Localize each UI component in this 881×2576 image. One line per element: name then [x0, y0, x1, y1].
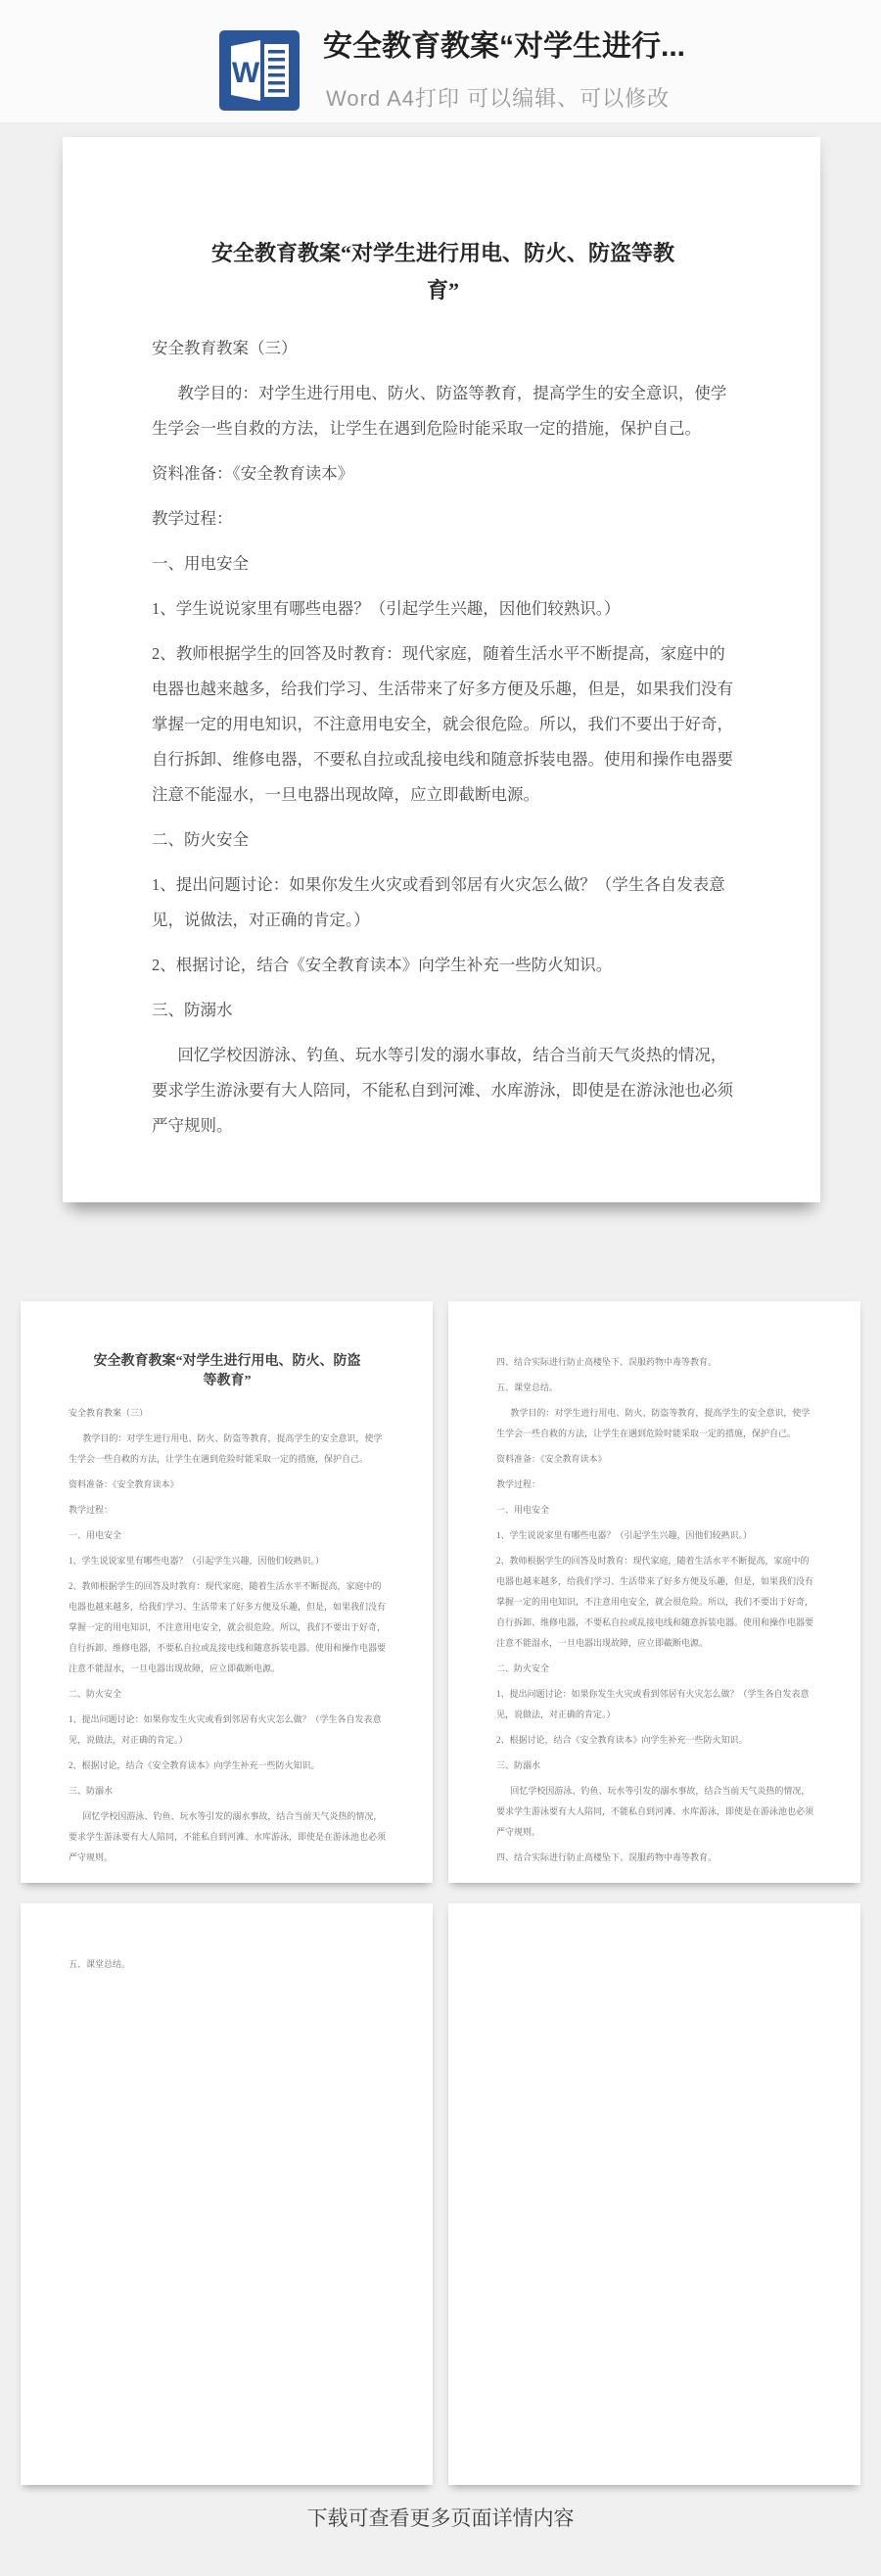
word-icon-letter: W — [232, 57, 260, 89]
doc-paragraph: 回忆学校因游泳、钓鱼、玩水等引发的溺水事故，结合当前天气炎热的情况，要求学生游泳… — [496, 1781, 813, 1843]
thumbnail-page-4[interactable] — [448, 1903, 860, 2485]
doc-paragraph: 教学过程： — [69, 1500, 386, 1521]
doc-paragraph: 资料准备：《安全教育读本》 — [69, 1475, 386, 1495]
doc-paragraph: 1、学生说说家里有哪些电器？（引起学生兴趣，因他们较熟识。） — [152, 591, 734, 627]
doc-paragraph: 四、结合实际进行防止高楼坠下、误服药物中毒等教育。 — [496, 1848, 813, 1868]
header: W 安全教育教案“对学生进行... Word A4打印 可以编辑、可以修改 — [0, 0, 881, 123]
doc-paragraph: 2、教师根据学生的回答及时教育：现代家庭，随着生活水平不断提高，家庭中的电器也越… — [69, 1576, 386, 1679]
doc-paragraph: 教学目的：对学生进行用电、防火、防盗等教育，提高学生的安全意识，使学生学会一些自… — [496, 1403, 813, 1444]
word-file-icon: W — [218, 29, 301, 112]
thumbnail-grid: 安全教育教案“对学生进行用电、防火、防盗等教育”安全教育教案（三）教学目的：对学… — [21, 1301, 860, 2485]
document-format-info: Word A4打印 可以编辑、可以修改 — [326, 82, 670, 113]
doc-paragraph: 五、课堂总结。 — [496, 1378, 813, 1398]
doc-paragraph: 回忆学校因游泳、钓鱼、玩水等引发的溺水事故，结合当前天气炎热的情况，要求学生游泳… — [152, 1038, 734, 1144]
doc-paragraph: 2、教师根据学生的回答及时教育：现代家庭，随着生活水平不断提高，家庭中的电器也越… — [152, 636, 734, 813]
thumbnail-page-1[interactable]: 安全教育教案“对学生进行用电、防火、防盗等教育”安全教育教案（三）教学目的：对学… — [21, 1301, 433, 1883]
doc-paragraph: 一、用电安全 — [496, 1500, 813, 1521]
doc-paragraph: 安全教育教案（三） — [152, 331, 734, 366]
doc-paragraph: 资料准备：《安全教育读本》 — [496, 1449, 813, 1470]
doc-page-title: 安全教育教案“对学生进行用电、防火、防盗等教育” — [90, 1352, 364, 1391]
doc-paragraph: 二、防火安全 — [69, 1684, 386, 1705]
doc-paragraph: 回忆学校因游泳、钓鱼、玩水等引发的溺水事故，结合当前天气炎热的情况，要求学生游泳… — [69, 1806, 386, 1868]
doc-paragraph: 教学过程： — [496, 1475, 813, 1495]
doc-paragraph: 资料准备：《安全教育读本》 — [152, 456, 734, 492]
doc-paragraph: 教学目的：对学生进行用电、防火、防盗等教育，提高学生的安全意识，使学生学会一些自… — [152, 376, 734, 446]
doc-paragraph: 一、用电安全 — [152, 546, 734, 582]
doc-paragraph: 三、防溺水 — [152, 993, 734, 1028]
thumbnail-page-3[interactable]: 五、课堂总结。 — [21, 1903, 433, 2485]
doc-paragraph: 教学目的：对学生进行用电、防火、防盗等教育，提高学生的安全意识，使学生学会一些自… — [69, 1429, 386, 1470]
doc-paragraph: 2、教师根据学生的回答及时教育：现代家庭，随着生活水平不断提高，家庭中的电器也越… — [496, 1551, 813, 1654]
doc-paragraph: 二、防火安全 — [496, 1659, 813, 1679]
doc-paragraph: 1、提出问题讨论：如果你发生火灾或看到邻居有火灾怎么做？（学生各自发表意见，说做… — [69, 1710, 386, 1751]
doc-paragraph: 1、提出问题讨论：如果你发生火灾或看到邻居有火灾怎么做？（学生各自发表意见，说做… — [496, 1684, 813, 1725]
doc-paragraph: 2、根据讨论，结合《安全教育读本》向学生补充一些防火知识。 — [152, 948, 734, 983]
doc-paragraph: 安全教育教案（三） — [69, 1403, 386, 1424]
doc-paragraph: 2、根据讨论，结合《安全教育读本》向学生补充一些防火知识。 — [496, 1730, 813, 1751]
thumbnail-page-2[interactable]: 四、结合实际进行防止高楼坠下、误服药物中毒等教育。五、课堂总结。教学目的：对学生… — [448, 1301, 860, 1883]
doc-paragraph: 三、防溺水 — [496, 1756, 813, 1776]
doc-paragraph: 一、用电安全 — [69, 1525, 386, 1546]
doc-paragraph: 二、防火安全 — [152, 822, 734, 858]
doc-paragraph: 三、防溺水 — [69, 1781, 386, 1802]
doc-page-title: 安全教育教案“对学生进行用电、防火、防盗等教育” — [199, 235, 688, 309]
document-preview-page-1[interactable]: 安全教育教案“对学生进行用电、防火、防盗等教育”安全教育教案（三）教学目的：对学… — [63, 137, 820, 1202]
doc-paragraph: 教学过程： — [152, 501, 734, 537]
doc-paragraph: 四、结合实际进行防止高楼坠下、误服药物中毒等教育。 — [496, 1352, 813, 1373]
word-icon-graphic: W — [218, 29, 301, 112]
download-hint-text: 下载可查看更多页面详情内容 — [0, 2503, 881, 2532]
document-title: 安全教育教案“对学生进行... — [323, 22, 783, 65]
doc-paragraph: 1、提出问题讨论：如果你发生火灾或看到邻居有火灾怎么做？（学生各自发表意见，说做… — [152, 867, 734, 938]
doc-paragraph: 1、学生说说家里有哪些电器？（引起学生兴趣，因他们较熟识。） — [496, 1525, 813, 1546]
doc-paragraph: 五、课堂总结。 — [69, 1954, 386, 1975]
doc-paragraph: 1、学生说说家里有哪些电器？（引起学生兴趣，因他们较熟识。） — [69, 1551, 386, 1571]
doc-paragraph: 2、根据讨论，结合《安全教育读本》向学生补充一些防火知识。 — [69, 1756, 386, 1776]
